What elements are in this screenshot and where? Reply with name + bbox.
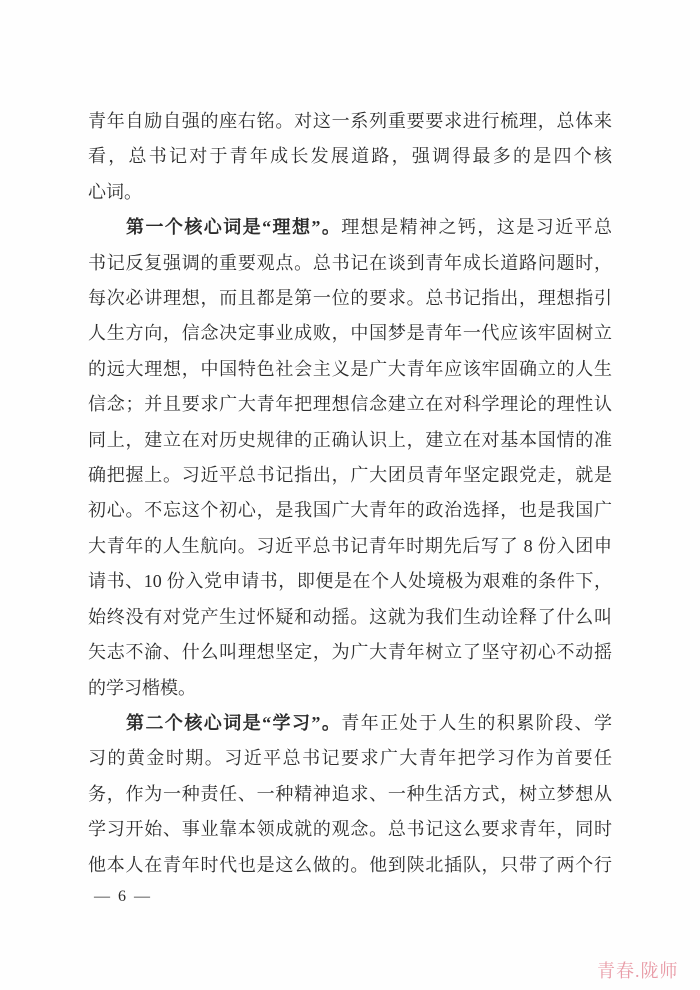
line-text: 同上，建立在对历史规律的正确认识上，建立在对基本国情的准	[88, 430, 612, 450]
line-text: 确把握上。习近平总书记指出，广大团员青年坚定跟党走，就是	[88, 465, 612, 485]
bold-lead: 第二个核心词是“学习”。	[126, 713, 341, 733]
bold-lead: 第一个核心词是“理想”。	[126, 217, 341, 237]
line-text: 看，总书记对于青年成长发展道路，强调得最多的是四个核	[88, 146, 612, 166]
text-line: 同上，建立在对历史规律的正确认识上，建立在对基本国情的准	[88, 423, 612, 458]
line-text: 的远大理想，中国特色社会主义是广大青年应该牢固确立的人生	[88, 359, 612, 379]
line-text: 学习开始、事业靠本领成就的观念。总书记这么要求青年，同时	[88, 819, 612, 839]
line-text: 理想是精神之钙，这是习近平总	[341, 217, 612, 237]
text-line: 大青年的人生航向。习近平总书记青年时期先后写了 8 份入团申	[88, 529, 612, 564]
line-text: 的学习楷模。	[88, 678, 196, 698]
text-line: 第一个核心词是“理想”。理想是精神之钙，这是习近平总	[88, 210, 612, 245]
line-text: 书记反复强调的重要观点。总书记在谈到青年成长道路问题时，	[88, 253, 612, 273]
text-line: 看，总书记对于青年成长发展道路，强调得最多的是四个核	[88, 139, 612, 174]
line-text: 大青年的人生航向。习近平总书记青年时期先后写了 8 份入团申	[88, 536, 612, 556]
text-line: 习的黄金时期。习近平总书记要求广大青年把学习作为首要任	[88, 741, 612, 776]
line-text: 始终没有对党产生过怀疑和动摇。这就为我们生动诠释了什么叫	[88, 607, 612, 627]
text-line: 初心。不忘这个初心，是我国广大青年的政治选择，也是我国广	[88, 493, 612, 528]
text-line: 始终没有对党产生过怀疑和动摇。这就为我们生动诠释了什么叫	[88, 600, 612, 635]
text-line: 人生方向，信念决定事业成败，中国梦是青年一代应该牢固树立	[88, 316, 612, 351]
text-line: 他本人在青年时代也是这么做的。他到陕北插队，只带了两个行	[88, 848, 612, 883]
line-text: 务，作为一种责任、一种精神追求、一种生活方式，树立梦想从	[88, 784, 612, 804]
text-line: 每次必讲理想，而且都是第一位的要求。总书记指出，理想指引	[88, 281, 612, 316]
line-text: 初心。不忘这个初心，是我国广大青年的政治选择，也是我国广	[88, 500, 612, 520]
line-text: 矢志不渝、什么叫理想坚定，为广大青年树立了坚守初心不动摇	[88, 642, 612, 662]
line-text: 他本人在青年时代也是这么做的。他到陕北插队，只带了两个行	[88, 855, 612, 875]
line-text: 请书、10 份入党申请书，即便是在个人处境极为艰难的条件下，	[88, 571, 612, 591]
text-line: 的远大理想，中国特色社会主义是广大青年应该牢固确立的人生	[88, 352, 612, 387]
line-text: 信念；并且要求广大青年把理想信念建立在对科学理论的理性认	[88, 394, 612, 414]
text-line: 确把握上。习近平总书记指出，广大团员青年坚定跟党走，就是	[88, 458, 612, 493]
text-line: 书记反复强调的重要观点。总书记在谈到青年成长道路问题时，	[88, 246, 612, 281]
line-text: 心词。	[88, 182, 142, 202]
text-line: 学习开始、事业靠本领成就的观念。总书记这么要求青年，同时	[88, 812, 612, 847]
line-text: 每次必讲理想，而且都是第一位的要求。总书记指出，理想指引	[88, 288, 612, 308]
line-text: 青年正处于人生的积累阶段、学	[341, 713, 612, 733]
text-line: 矢志不渝、什么叫理想坚定，为广大青年树立了坚守初心不动摇	[88, 635, 612, 670]
text-line: 第二个核心词是“学习”。青年正处于人生的积累阶段、学	[88, 706, 612, 741]
line-text: 人生方向，信念决定事业成败，中国梦是青年一代应该牢固树立	[88, 323, 612, 343]
watermark: 青春.陇师	[597, 957, 679, 983]
line-text: 习的黄金时期。习近平总书记要求广大青年把学习作为首要任	[88, 748, 612, 768]
text-block: 青年自励自强的座右铭。对这一系列重要要求进行梳理，总体来看，总书记对于青年成长发…	[88, 104, 612, 883]
text-line: 务，作为一种责任、一种精神追求、一种生活方式，树立梦想从	[88, 777, 612, 812]
text-line: 青年自励自强的座右铭。对这一系列重要要求进行梳理，总体来	[88, 104, 612, 139]
text-line: 信念；并且要求广大青年把理想信念建立在对科学理论的理性认	[88, 387, 612, 422]
text-line: 的学习楷模。	[88, 671, 612, 706]
document-page: 青年自励自强的座右铭。对这一系列重要要求进行梳理，总体来看，总书记对于青年成长发…	[0, 0, 700, 990]
page-number: — 6 —	[94, 888, 152, 906]
text-line: 请书、10 份入党申请书，即便是在个人处境极为艰难的条件下，	[88, 564, 612, 599]
line-text: 青年自励自强的座右铭。对这一系列重要要求进行梳理，总体来	[88, 111, 612, 131]
text-line: 心词。	[88, 175, 612, 210]
